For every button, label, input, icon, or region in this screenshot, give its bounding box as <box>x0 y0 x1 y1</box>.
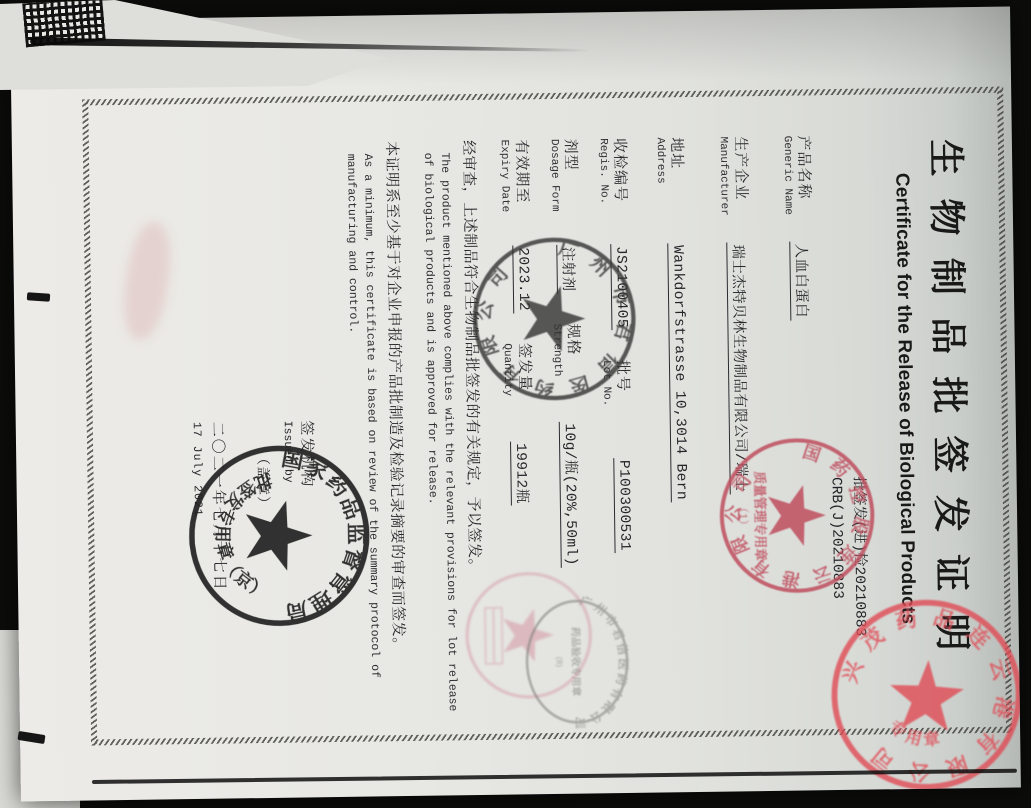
field-label-en: Manufacturer <box>717 136 730 242</box>
field-value: Wankdorfstrasse 10,3014 Bern <box>668 243 690 502</box>
field-label-en: Expiry Date <box>498 140 511 246</box>
acceptance-seal-stamp: 广州市君信医药有限公司 药品验收专用章 (8) <box>520 593 634 731</box>
certificate-paper: 生 物 制 品 批 签 发 证 明 Certificate for the Re… <box>10 7 1021 802</box>
field-label-cn: 有效期至 <box>512 139 531 245</box>
svg-text:(8): (8) <box>555 657 565 668</box>
field-value: 10g/瓶(20%,50ml) <box>559 421 584 568</box>
field-value: 19912瓶 <box>510 441 534 506</box>
svg-text:质量管理专用章: 质量管理专用章 <box>752 471 768 561</box>
field-row-address: 地址 Address Wankdorfstrasse 10,3014 Bern <box>654 137 693 723</box>
star-icon <box>523 286 586 352</box>
field-row-manufacturer: 生产企业 Manufacturer 瑞士杰特贝林生物制品有限公司/瑞士 <box>717 136 756 722</box>
field-value: P100300531 <box>614 458 633 553</box>
field-value: 人血白蛋白 <box>789 241 813 320</box>
statement-cn-2: 本证明系至少基于对企业申报的产品批制造及检验记录摘要的审查而签发。 <box>382 141 411 727</box>
border-bottom <box>82 99 97 745</box>
border-left <box>82 87 1003 106</box>
junxin-company-seal-stamp: 广州市君信医药有限公司 <box>467 232 641 406</box>
field-label-en: Dosage Form <box>548 139 561 245</box>
field-label-cn: 收检编号 <box>611 138 630 244</box>
field-label-en: Generic Name <box>781 136 794 242</box>
star-icon <box>246 500 313 571</box>
statement-en-1: The product mentioned above complies wit… <box>419 152 461 714</box>
registration-mark <box>27 292 51 302</box>
scanned-certificate-scene: 生 物 制 品 批 签 发 证 明 Certificate for the Re… <box>0 0 1031 808</box>
sinopharm-quality-seal-stamp: 国药控股连云港有限公司 质量管理专用章 （1） <box>716 434 878 596</box>
field-label-en: Regis. No. <box>597 138 610 244</box>
field-label-en: Address <box>654 137 667 243</box>
svg-text:（1）: （1） <box>736 502 749 531</box>
field-label-cn: 剂型 <box>562 139 581 245</box>
statement-en-2: As a minimum, this certificate is based … <box>341 153 383 715</box>
field-label-cn: 地址 <box>668 137 687 243</box>
issuer-seal-stamp: 国家药品监督管理局 批签发专用章（京） <box>186 443 373 630</box>
field-label-cn: 产品名称 <box>795 135 814 241</box>
svg-text:药品验收专用章: 药品验收专用章 <box>569 627 583 696</box>
company-red-seal-stamp: 兴茂药品连云港有限公司 专用章 <box>824 593 1021 798</box>
field-label-cn: 生产企业 <box>731 136 750 242</box>
star-icon <box>768 485 826 547</box>
